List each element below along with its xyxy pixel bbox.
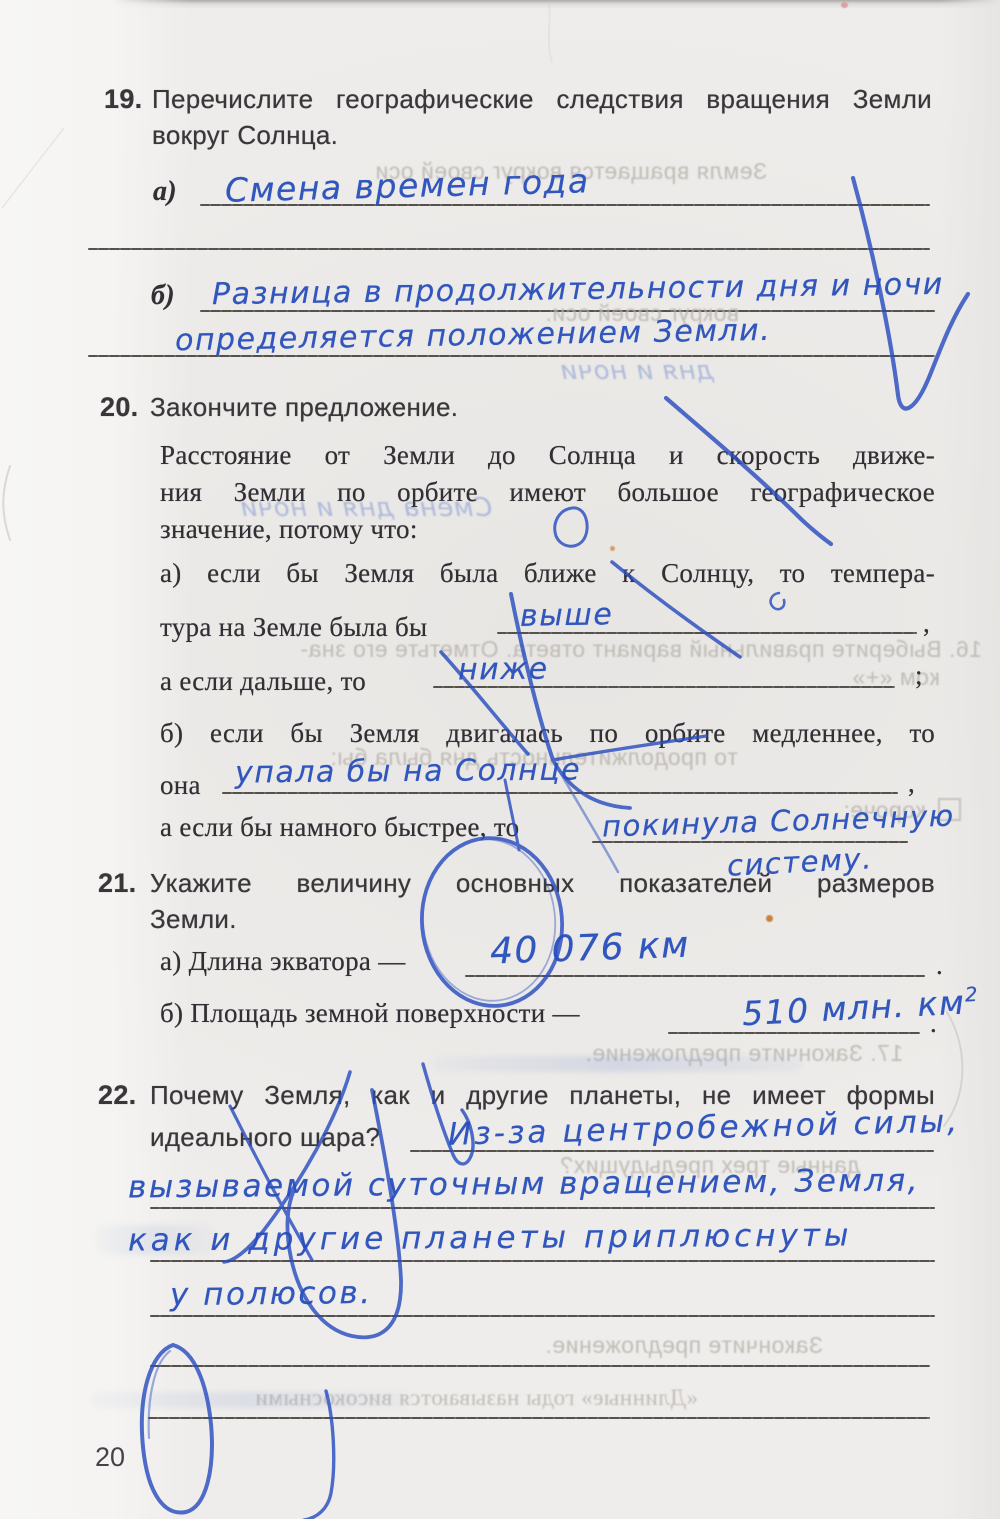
ink-bleed-smear: [433, 1056, 803, 1072]
task22-answer-line3-handwriting: как и другие планеты приплюснуты: [128, 1217, 853, 1258]
task19-answer-a-handwriting: Смена времен года: [225, 161, 590, 210]
pen-big-ellipse: [415, 832, 569, 1012]
task19-item-a-label: а): [153, 176, 177, 208]
pen-small-curl: [771, 593, 785, 609]
task20-answer-b2a-handwriting: покинула Солнечную: [602, 798, 956, 843]
answer-rule-line: [150, 1365, 930, 1367]
paper-speck: [841, 2, 848, 8]
task21-a-prefix: а) Длина экватора —: [160, 946, 406, 977]
paper-speck: [610, 546, 615, 551]
pen-big-ellipse-double-trace: [414, 832, 565, 1009]
bleedthrough-handwriting: дня и ночи: [560, 356, 714, 386]
task19-answer-b1-handwriting: Разница в продолжительности дня и ночи: [212, 267, 944, 312]
workbook-page-scan: 19. Перечислите географические следствия…: [0, 0, 1000, 1519]
answer-rule-line: [88, 248, 930, 250]
bleedthrough-text: Закончите предложение.: [545, 1332, 823, 1359]
pen-diagonal-stroke: [666, 398, 831, 544]
task19-number: 19.: [104, 84, 142, 115]
task21-answer-a-handwriting: 40 076 км: [489, 925, 690, 973]
task20-paragraph-line1: Расстояние от Земли до Солнца и скорость…: [160, 440, 935, 471]
task20-title: Закончите предложение.: [150, 392, 458, 423]
margin-mark-left: [3, 466, 10, 540]
task22-number: 22.: [98, 1080, 136, 1111]
answer-rule-line: [150, 1315, 935, 1317]
answer-rule-line: [668, 1032, 920, 1034]
answer-rule-line: [222, 792, 898, 794]
task20-a-line2-suffix: ,: [923, 608, 930, 639]
task21-b-prefix: б) Площадь земной поверхности —: [160, 998, 580, 1029]
paper-speck: [766, 915, 773, 922]
task21-title-line2: Земли.: [150, 904, 237, 935]
pen-small-oval: [555, 508, 587, 546]
paper-crease: [549, 2, 552, 62]
task20-answer-b1-handwriting: упала бы на Солнце: [235, 752, 581, 790]
exponent: 2: [964, 983, 979, 1007]
task20-answer-a2-handwriting: ниже: [458, 652, 549, 688]
task21-number: 21.: [98, 868, 136, 899]
task19-title-line1: Перечислите географические следствия вра…: [152, 84, 932, 115]
task22-answer-line2-handwriting: вызываемой суточным вращением, Земля,: [128, 1163, 920, 1206]
task20-answer-a1-handwriting: выше: [520, 597, 614, 634]
task19-title-line2: вокруг Солнца.: [152, 120, 338, 151]
pen-bottom-loop: [142, 1345, 212, 1513]
task21-a-suffix: .: [936, 950, 943, 981]
task20-b-line3-prefix: а если бы намного быстрее, то: [160, 812, 519, 843]
task20-b-line1: б) если бы Земля двигалась по орбите мед…: [160, 718, 935, 749]
task20-b-line2-suffix: ,: [908, 768, 915, 799]
task20-a-line3-prefix: а если дальше, то: [160, 666, 366, 697]
answer-rule-line: [150, 1260, 935, 1262]
task22-title-line2: идеального шара?: [150, 1122, 380, 1153]
task20-b-line2-prefix: она: [160, 770, 201, 801]
pencil-line: [2, 128, 64, 208]
task19-answer-b2-handwriting: определяется положением Земли.: [175, 313, 772, 358]
task20-a-line2-prefix: тура на Земле была бы: [160, 612, 427, 643]
task20-a-line3-suffix: ;: [915, 660, 923, 691]
task20-a-line1: а) если бы Земля была ближе к Солнцу, то…: [160, 558, 935, 589]
task20-paragraph-line3: значение, потому что:: [160, 514, 418, 545]
task19-item-b-label: б): [151, 280, 175, 312]
ink-bleed-smear: [90, 1392, 410, 1408]
task22-answer-line4-handwriting: у полюсов.: [170, 1275, 373, 1313]
page-number: 20: [95, 1442, 125, 1473]
task20-number: 20.: [100, 392, 138, 423]
bleedthrough-text: ком «+»: [852, 664, 940, 691]
answer-rule-line: [465, 975, 925, 977]
answer-rule-line: [148, 1417, 930, 1419]
answer-rule-line: [150, 1207, 935, 1209]
task20-paragraph-line2: ния Земли по орбите имеют большое геогра…: [160, 477, 935, 508]
task21-answer-b-handwriting: 510 млн. км2: [741, 982, 980, 1033]
